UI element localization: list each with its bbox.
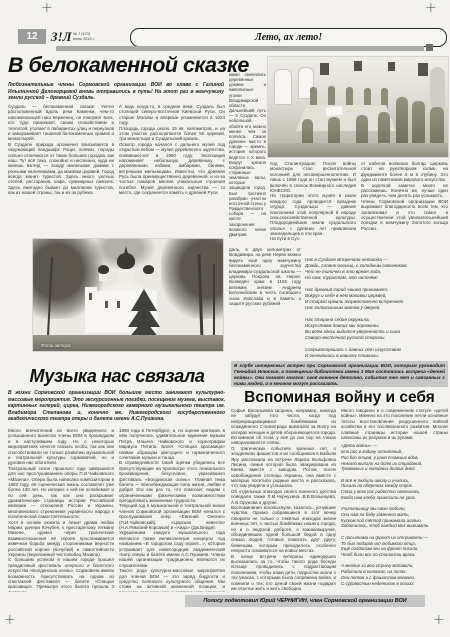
article-suzdal-col-3: мимо сменялись деревянные домики и живоп…	[229, 72, 266, 242]
rubric-capsule: Лето, ах лето!	[130, 28, 447, 47]
article-music-col-2: 1890 года в Петербурге, и, по оценке кри…	[119, 428, 225, 592]
wall-portrait	[354, 61, 362, 71]
crop-mark-icon: +	[41, 0, 53, 16]
photo-suzdal-church: Фото автора	[33, 239, 223, 351]
crop-mark-icon: +	[4, 612, 16, 628]
article-war-col-2-intro: Много говорили и о современном статусе «…	[341, 408, 448, 440]
church-dome	[117, 253, 135, 269]
article-war-col-1: Софья Васильевна Шорина, например, никог…	[231, 408, 336, 592]
church-window	[117, 301, 120, 308]
church-dome	[98, 265, 109, 274]
window	[274, 69, 292, 105]
tree-trunk	[213, 264, 215, 339]
belfry-window	[89, 293, 92, 300]
header-rule-end	[426, 44, 433, 51]
article-suzdal-col-1: Суздаль — белокаменная сказка! Уютно рас…	[8, 104, 114, 237]
table-paper	[326, 106, 343, 116]
article-music-headline: Музыка нас связала	[10, 367, 224, 385]
crop-mark-icon: +	[425, 0, 437, 16]
article-suzdal-lead: Любознательные члены Сормовской организа…	[8, 82, 224, 103]
wall-portrait	[388, 62, 395, 71]
doorway-arch	[430, 67, 445, 107]
floor	[268, 143, 448, 157]
article-war-lead-box: В клубе интересных встреч при Сормовской…	[231, 361, 448, 387]
article-suzdal-col-6: даль, в двух километрах от Владимира, на…	[229, 247, 301, 359]
article-suzdal-col-2: А ведь когда-то, в средние века, Суздаль…	[119, 104, 225, 237]
crop-mark-icon: +	[433, 612, 445, 628]
article-music-col-1: Много впечатлений из всего увиденного и …	[8, 428, 114, 592]
church-dome	[143, 265, 154, 274]
footer-credit: Полосу подготовил Юрий ЧЕРНИГИН, член Со…	[185, 595, 425, 607]
issue-info: № 7 (473) июнь 2013 г.	[73, 32, 107, 41]
article-suzdal-col-4: под Сталинградом. После войны монастырь …	[270, 161, 356, 249]
article-suzdal-col-5: от набегов волжских болгар. Церковь стои…	[361, 161, 448, 255]
article-music-lead: В жизни Сормовской организации ВОИ больш…	[8, 390, 225, 424]
wall-portrait	[320, 63, 329, 75]
article-war-poem: «Дети войны» — кто рос в годину испытани…	[341, 443, 448, 592]
article-suzdal-poem: Нас в Суздале встречала непогода — Дождь…	[305, 257, 448, 357]
newspaper-page: + + + + 12 З!Л № 7 (473) июнь 2013 г. Ле…	[0, 0, 450, 637]
article-war-headline: Вспоминая войну и себя	[231, 390, 448, 406]
page-number: 12	[18, 29, 46, 44]
masthead-logo: З!Л	[51, 29, 72, 45]
wall-portrait	[418, 63, 428, 76]
photo-caption: Фото автора	[41, 343, 71, 348]
church-window	[105, 301, 108, 308]
article-war-col-2: Много говорили и о современном статусе «…	[341, 408, 448, 592]
photo-refectory-interior	[268, 57, 448, 157]
header-rule	[56, 46, 424, 51]
chair	[396, 97, 408, 149]
